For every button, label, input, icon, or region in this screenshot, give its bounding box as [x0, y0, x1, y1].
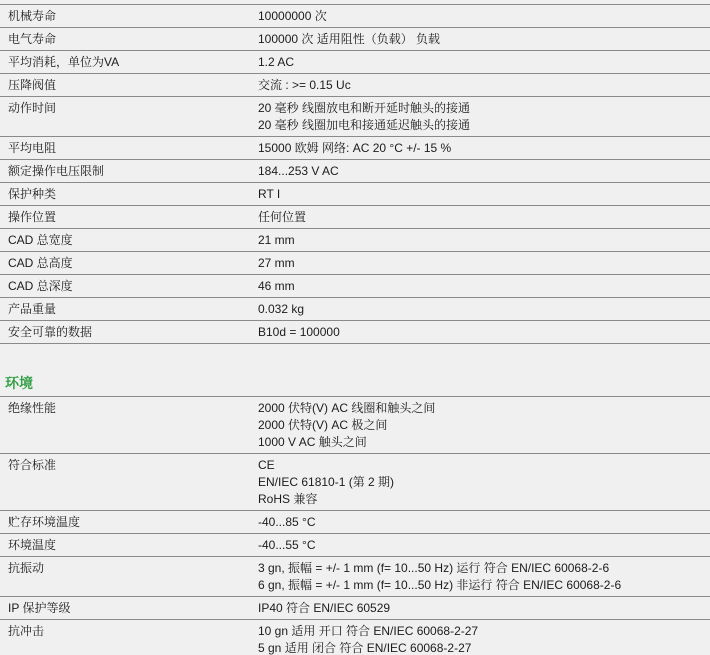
spec-row: 压降阀值交流 : >= 0.15 Uc [0, 74, 710, 97]
spec-table: 绝缘性能2000 伏特(V) AC 线圈和触头之间2000 伏特(V) AC 极… [0, 396, 710, 655]
spec-label: 安全可靠的数据 [0, 321, 258, 343]
spec-row: 动作时间20 毫秒 线圈放电和断开延时触头的接通20 毫秒 线圈加电和接通延迟触… [0, 97, 710, 137]
spec-value-line: -40...55 °C [258, 537, 702, 554]
section-title: 环境 [0, 376, 710, 391]
spec-value-line: CE [258, 457, 702, 474]
spec-value: -40...85 °C [258, 511, 710, 533]
spec-value-line: 10000000 次 [258, 8, 702, 25]
spec-value-line: 10 gn 适用 开口 符合 EN/IEC 60068-2-27 [258, 623, 702, 640]
spec-value-line: RoHS 兼容 [258, 491, 702, 508]
spec-row: CAD 总深度46 mm [0, 275, 710, 298]
spec-value: 15000 欧姆 网络: AC 20 °C +/- 15 % [258, 137, 710, 159]
spec-row: 贮存环境温度-40...85 °C [0, 511, 710, 534]
spec-value-line: 21 mm [258, 232, 702, 249]
spec-row: 抗冲击10 gn 适用 开口 符合 EN/IEC 60068-2-275 gn … [0, 620, 710, 655]
spec-label: 产品重量 [0, 298, 258, 320]
spec-label: 贮存环境温度 [0, 511, 258, 533]
spec-value: 20 毫秒 线圈放电和断开延时触头的接通20 毫秒 线圈加电和接通延迟触头的接通 [258, 97, 710, 136]
spec-value: 184...253 V AC [258, 160, 710, 182]
spec-value-line: 27 mm [258, 255, 702, 272]
spec-label: CAD 总宽度 [0, 229, 258, 251]
spec-label: 压降阀值 [0, 74, 258, 96]
spec-value: CEEN/IEC 61810-1 (第 2 期)RoHS 兼容 [258, 454, 710, 510]
spec-row: 抗振动3 gn, 振幅 = +/- 1 mm (f= 10...50 Hz) 运… [0, 557, 710, 597]
spec-row: 环境温度-40...55 °C [0, 534, 710, 557]
spec-label: 电气寿命 [0, 28, 258, 50]
spec-value-line: 2000 伏特(V) AC 线圈和触头之间 [258, 400, 702, 417]
spec-value-line: 2000 伏特(V) AC 极之间 [258, 417, 702, 434]
spec-label: 符合标准 [0, 454, 258, 510]
spec-value: 3 gn, 振幅 = +/- 1 mm (f= 10...50 Hz) 运行 符… [258, 557, 710, 596]
spec-row: IP 保护等级IP40 符合 EN/IEC 60529 [0, 597, 710, 620]
spec-value: 交流 : >= 0.15 Uc [258, 74, 710, 96]
spec-value-line: 3 gn, 振幅 = +/- 1 mm (f= 10...50 Hz) 运行 符… [258, 560, 702, 577]
spec-value-line: 184...253 V AC [258, 163, 702, 180]
spec-value-line: 0.032 kg [258, 301, 702, 318]
spec-label: 保护种类 [0, 183, 258, 205]
spec-label: 机械寿命 [0, 5, 258, 27]
spec-label: 环境温度 [0, 534, 258, 556]
spec-label: CAD 总深度 [0, 275, 258, 297]
spec-label: CAD 总高度 [0, 252, 258, 274]
spec-value-line: 1.2 AC [258, 54, 702, 71]
spec-value-line: 20 毫秒 线圈放电和断开延时触头的接通 [258, 100, 702, 117]
spec-row: CAD 总高度27 mm [0, 252, 710, 275]
spec-row: 符合标准CEEN/IEC 61810-1 (第 2 期)RoHS 兼容 [0, 454, 710, 511]
spec-value-line: 1000 V AC 触头之间 [258, 434, 702, 451]
spec-value: 46 mm [258, 275, 710, 297]
spec-row: 操作位置任何位置 [0, 206, 710, 229]
spec-label: 抗冲击 [0, 620, 258, 655]
spec-value-line: EN/IEC 61810-1 (第 2 期) [258, 474, 702, 491]
spec-label: 绝缘性能 [0, 397, 258, 453]
spec-sheet-page: 机械寿命10000000 次电气寿命100000 次 适用阻性（负载） 负载平均… [0, 0, 710, 655]
spec-value-line: 交流 : >= 0.15 Uc [258, 77, 702, 94]
spec-value: 10000000 次 [258, 5, 710, 27]
spec-value: 0.032 kg [258, 298, 710, 320]
spec-row: 平均消耗，单位为VA1.2 AC [0, 51, 710, 74]
spec-label: 动作时间 [0, 97, 258, 136]
spec-row: 保护种类RT I [0, 183, 710, 206]
spec-label: 平均消耗，单位为VA [0, 51, 258, 73]
spec-row: 平均电阻15000 欧姆 网络: AC 20 °C +/- 15 % [0, 137, 710, 160]
spec-value: 27 mm [258, 252, 710, 274]
spec-row: CAD 总宽度21 mm [0, 229, 710, 252]
spec-value-line: B10d = 100000 [258, 324, 702, 341]
spec-label: 平均电阻 [0, 137, 258, 159]
spec-value-line: 46 mm [258, 278, 702, 295]
spec-table: 机械寿命10000000 次电气寿命100000 次 适用阻性（负载） 负载平均… [0, 4, 710, 344]
spec-value: IP40 符合 EN/IEC 60529 [258, 597, 710, 619]
spec-row: 产品重量0.032 kg [0, 298, 710, 321]
spec-value: 10 gn 适用 开口 符合 EN/IEC 60068-2-275 gn 适用 … [258, 620, 710, 655]
spec-label: 抗振动 [0, 557, 258, 596]
spec-value-line: 15000 欧姆 网络: AC 20 °C +/- 15 % [258, 140, 702, 157]
spec-label: IP 保护等级 [0, 597, 258, 619]
spec-value-line: 6 gn, 振幅 = +/- 1 mm (f= 10...50 Hz) 非运行 … [258, 577, 702, 594]
spec-value: -40...55 °C [258, 534, 710, 556]
spec-value-line: 5 gn 适用 闭合 符合 EN/IEC 60068-2-27 [258, 640, 702, 655]
spec-value: 100000 次 适用阻性（负载） 负载 [258, 28, 710, 50]
spec-value: 1.2 AC [258, 51, 710, 73]
spec-row: 额定操作电压限制184...253 V AC [0, 160, 710, 183]
spec-row: 安全可靠的数据B10d = 100000 [0, 321, 710, 344]
spec-row: 机械寿命10000000 次 [0, 5, 710, 28]
spec-value-line: 任何位置 [258, 209, 702, 226]
spec-label: 操作位置 [0, 206, 258, 228]
spec-value: 2000 伏特(V) AC 线圈和触头之间2000 伏特(V) AC 极之间10… [258, 397, 710, 453]
spec-value-line: 100000 次 适用阻性（负载） 负载 [258, 31, 702, 48]
spec-value-line: -40...85 °C [258, 514, 702, 531]
spec-row: 绝缘性能2000 伏特(V) AC 线圈和触头之间2000 伏特(V) AC 极… [0, 397, 710, 454]
spec-label: 额定操作电压限制 [0, 160, 258, 182]
spec-value-line: 20 毫秒 线圈加电和接通延迟触头的接通 [258, 117, 702, 134]
spec-value: 任何位置 [258, 206, 710, 228]
spec-row: 电气寿命100000 次 适用阻性（负载） 负载 [0, 28, 710, 51]
spec-value-line: IP40 符合 EN/IEC 60529 [258, 600, 702, 617]
spec-value-line: RT I [258, 186, 702, 203]
spec-value: 21 mm [258, 229, 710, 251]
spec-value: RT I [258, 183, 710, 205]
spec-value: B10d = 100000 [258, 321, 710, 343]
